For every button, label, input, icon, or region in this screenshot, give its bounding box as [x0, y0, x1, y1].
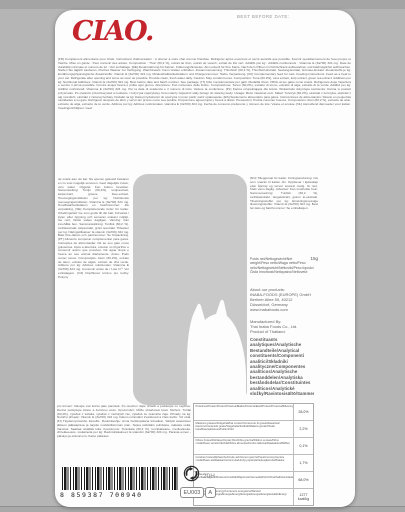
- multilingual-text-left-column: de snack aan uw kat. Na openen gekoeld b…: [58, 178, 129, 406]
- row-value-energy: 1277 kcal/kg: [294, 489, 313, 505]
- recycling-symbol-icon: [183, 465, 200, 482]
- row-label-ash: Cendres brutes/Rohasche/Crude ash/Ceneri…: [194, 455, 294, 471]
- multilingual-text-bottom-left: pro krmení: Dávejte své kočce jako pamls…: [57, 405, 191, 465]
- table-row: Fibres brutes/Rohfaser/Crude fibre/Fibra…: [194, 438, 313, 455]
- table-row: Cendres brutes/Rohasche/Crude ash/Ceneri…: [194, 455, 313, 472]
- about-website: www.inabafoods.com: [250, 307, 318, 312]
- row-value-moisture: 68,0%: [294, 472, 313, 488]
- manufacturer-line: Product of Thailand.: [250, 329, 318, 334]
- ean-barcode: [62, 467, 178, 490]
- package-top-edge: [0, 0, 405, 9]
- eu-approval-mark: EU003 A: [180, 487, 216, 498]
- cat-head-cutout-icon: [133, 174, 253, 406]
- row-label-fat: Matières grasses/Fettgehalt/Fat content/…: [194, 421, 294, 437]
- eu-mark-letter: A: [205, 487, 216, 498]
- net-weight-value: 15g: [310, 257, 318, 261]
- ciao-logo: CIAO.: [72, 16, 153, 47]
- row-value-protein: 28,0%: [294, 404, 313, 420]
- row-value-fat: 2,2%: [294, 421, 313, 437]
- film-window-with-cat-silhouette: [133, 174, 253, 406]
- production-code: 20H: [203, 473, 215, 480]
- about-block: About our products: INABA-FOODS (EUROPE)…: [250, 287, 318, 312]
- row-label-protein: Protéines/Protein/Protein/Proteina/Białk…: [194, 404, 294, 420]
- net-weight-block: 15g Poids net/Nettogewicht/Net weight/Pe…: [250, 257, 318, 274]
- table-row: Protéines/Protein/Protein/Proteina/Białk…: [194, 404, 313, 421]
- row-label-fibre: Fibres brutes/Rohfaser/Crude fibre/Fibra…: [194, 438, 294, 454]
- eu-mark-code: EU003: [180, 487, 204, 498]
- label-card: CIAO. BEST BEFORE DATE: [FR] Complément …: [55, 10, 355, 507]
- multilingual-text-right-column: [NO] Tilleggsmat for katter. Fôringsanvi…: [250, 177, 318, 256]
- manufacturer-block: Manufactured By: Thai Inaba Foods Co., L…: [250, 319, 318, 334]
- analytical-constituents-heading: Constituants analytiques/Analytische Bes…: [250, 337, 314, 401]
- net-weight-labels: Poids net/Nettogewicht/Net weight/Peso n…: [250, 257, 314, 274]
- multilingual-text-main: [FR] Complément alimentaire pour chats. …: [58, 58, 351, 177]
- table-row: Matières grasses/Fettgehalt/Fat content/…: [194, 421, 313, 438]
- row-value-ash: 1,7%: [294, 455, 313, 471]
- barcode-digits: 8 859387 700940: [60, 491, 180, 499]
- row-value-fibre: 0,1%: [294, 438, 313, 454]
- best-before-date-label: BEST BEFORE DATE:: [237, 14, 289, 19]
